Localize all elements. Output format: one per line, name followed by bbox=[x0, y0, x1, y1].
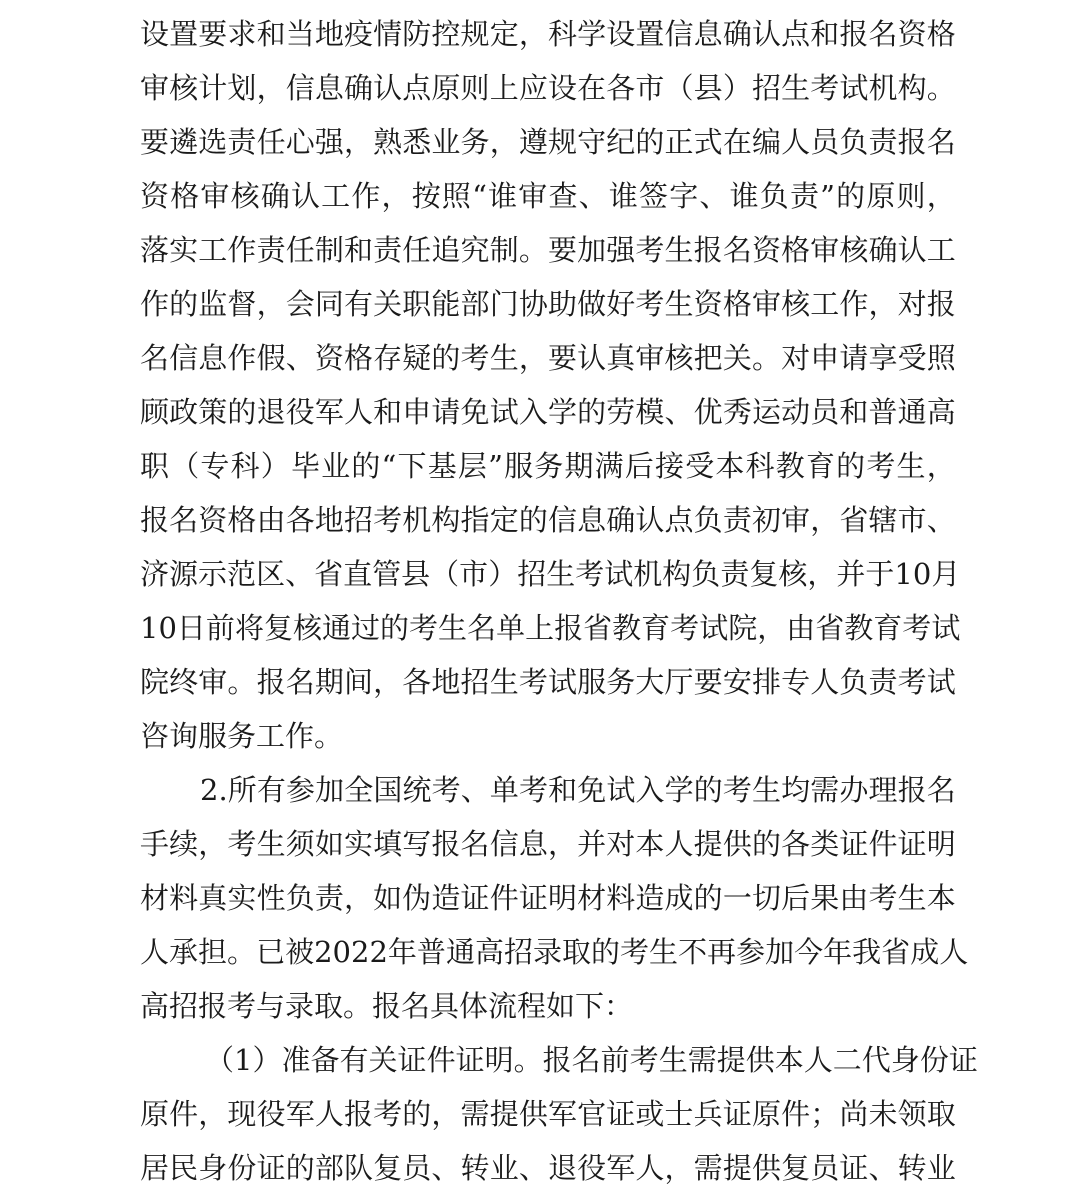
text-line: 咨询服务工作。 bbox=[140, 716, 956, 756]
text-line: （1）准备有关证件证明。报名前考生需提供本人二代身份证 bbox=[205, 1040, 956, 1080]
text-line: 2.所有参加全国统考、单考和免试入学的考生均需办理报名 bbox=[200, 770, 956, 810]
text-line: 10日前将复核通过的考生名单上报省教育考试院，由省教育考试 bbox=[140, 608, 956, 648]
text-line: 济源示范区、省直管县（市）招生考试机构负责复核，并于10月 bbox=[140, 554, 956, 594]
text-line: 设置要求和当地疫情防控规定，科学设置信息确认点和报名资格 bbox=[140, 14, 956, 54]
text-line: 原件，现役军人报考的，需提供军官证或士兵证原件；尚未领取 bbox=[140, 1094, 956, 1134]
text-line: 居民身份证的部队复员、转业、退役军人，需提供复员证、转业 bbox=[140, 1148, 956, 1185]
text-line: 名信息作假、资格存疑的考生，要认真审核把关。对申请享受照 bbox=[140, 338, 956, 378]
text-line: 落实工作责任制和责任追究制。要加强考生报名资格审核确认工 bbox=[140, 230, 956, 270]
text-line: 职（专科）毕业的“下基层”服务期满后接受本科教育的考生， bbox=[140, 446, 956, 486]
text-line: 高招报考与录取。报名具体流程如下： bbox=[140, 986, 956, 1026]
text-line: 顾政策的退役军人和申请免试入学的劳模、优秀运动员和普通高 bbox=[140, 392, 956, 432]
text-line: 材料真实性负责，如伪造证件证明材料造成的一切后果由考生本 bbox=[140, 878, 956, 918]
text-line: 人承担。已被2022年普通高招录取的考生不再参加今年我省成人 bbox=[140, 932, 956, 972]
text-line: 审核计划，信息确认点原则上应设在各市（县）招生考试机构。 bbox=[140, 68, 956, 108]
text-line: 要遴选责任心强，熟悉业务，遵规守纪的正式在编人员负责报名 bbox=[140, 122, 956, 162]
text-line: 手续，考生须如实填写报名信息，并对本人提供的各类证件证明 bbox=[140, 824, 956, 864]
text-line: 报名资格由各地招考机构指定的信息确认点负责初审，省辖市、 bbox=[140, 500, 956, 540]
text-line: 资格审核确认工作，按照“谁审查、谁签字、谁负责”的原则， bbox=[140, 176, 956, 216]
document-page: 设置要求和当地疫情防控规定，科学设置信息确认点和报名资格审核计划，信息确认点原则… bbox=[0, 0, 1080, 1185]
text-line: 作的监督，会同有关职能部门协助做好考生资格审核工作，对报 bbox=[140, 284, 956, 324]
text-line: 院终审。报名期间，各地招生考试服务大厅要安排专人负责考试 bbox=[140, 662, 956, 702]
